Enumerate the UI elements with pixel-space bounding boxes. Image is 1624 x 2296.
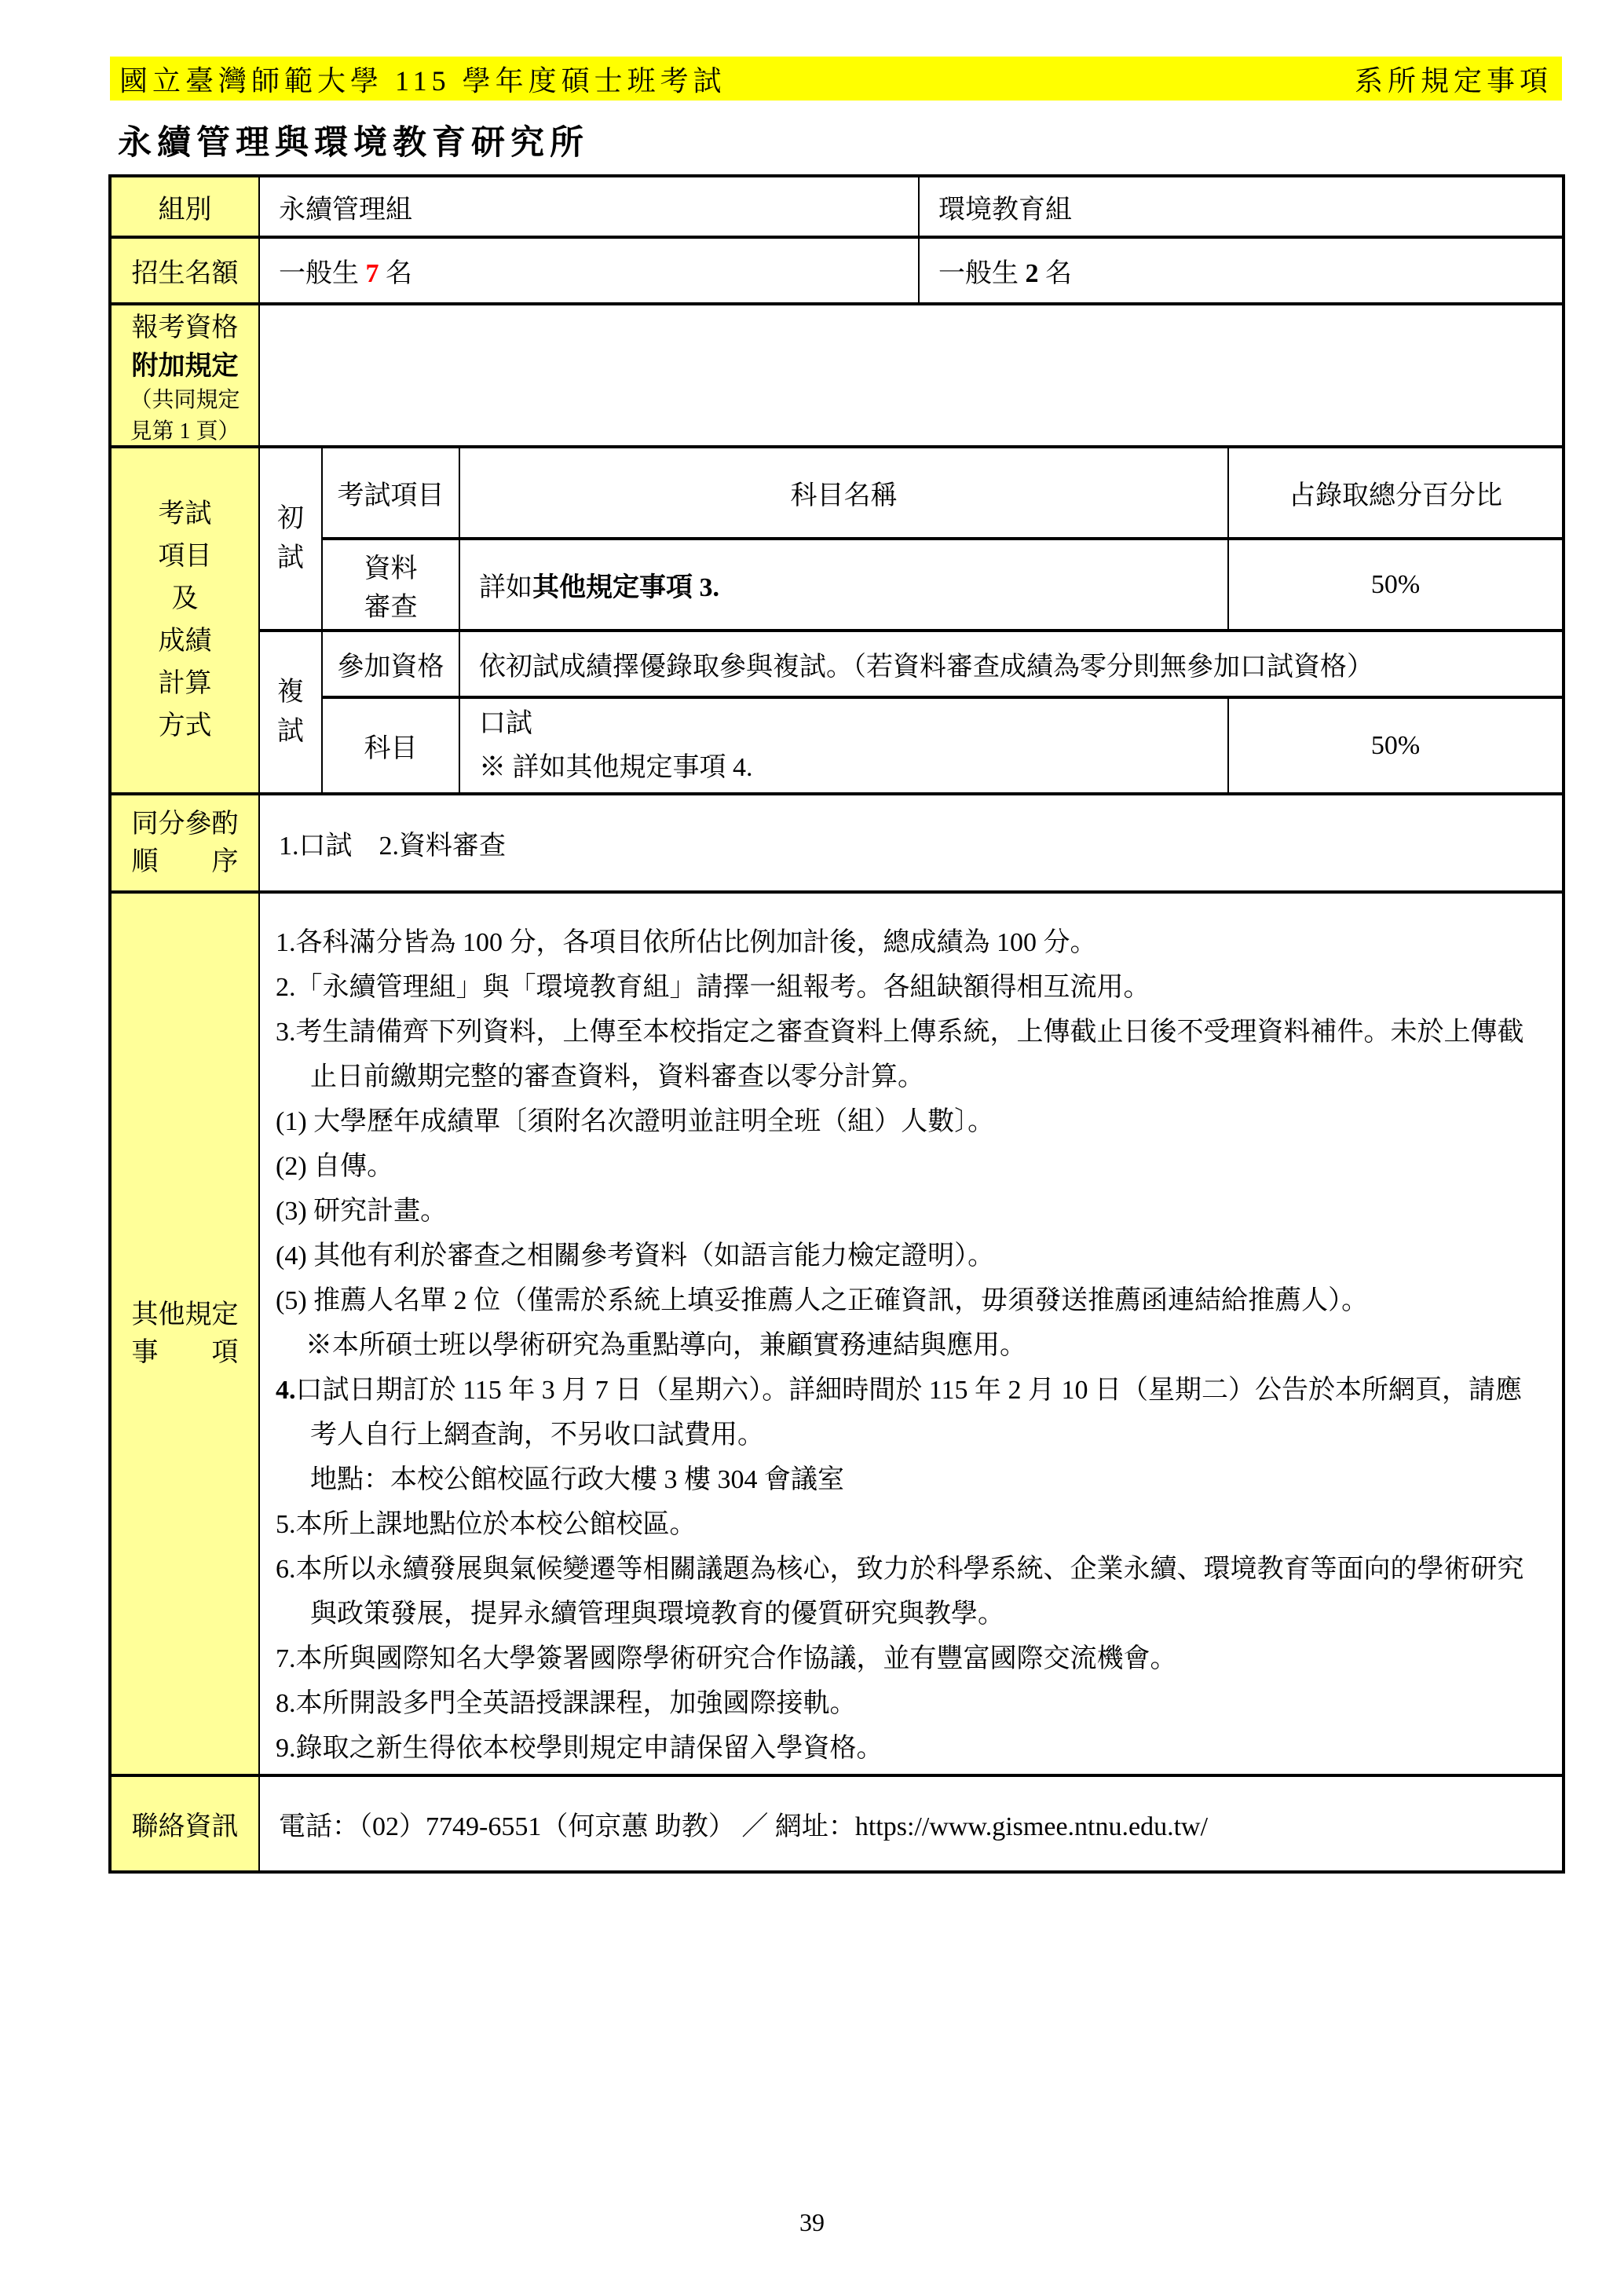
- other-rules-line: 8.本所開設多門全英語授課課程，加強國際接軌。: [276, 1681, 1546, 1726]
- table-row-eligibility: 報考資格 附加規定 （共同規定 見第 1 頁）: [110, 304, 1564, 447]
- review-bold-text: 其他規定事項 3.: [532, 573, 719, 602]
- regulations-table: 組別 永續管理組 環境教育組 招生名額 一般生 7 名 一般生 2 名 報考資格…: [108, 174, 1565, 1874]
- table-row-quota: 招生名額 一般生 7 名 一般生 2 名: [110, 237, 1564, 304]
- eligibility-label-line3: （共同規定: [112, 382, 258, 414]
- eligibility-label-line2: 附加規定: [112, 344, 258, 382]
- review-content-cell: 詳如其他規定事項 3.: [459, 539, 1228, 631]
- other-rules-label-cell: 其他規定 事 項: [110, 892, 259, 1775]
- quota1-cell: 一般生 7 名: [259, 237, 919, 304]
- eligibility-label-line1: 報考資格: [112, 305, 258, 344]
- eligibility-content-cell: [259, 304, 1564, 447]
- other-rules-line: 3.考生請備齊下列資料，上傳至本校指定之審查資料上傳系統，上傳截止日後不受理資料…: [276, 1010, 1546, 1055]
- other-rules-lines: 1.各科滿分皆為 100 分，各項目依所佔比例加計後，總成績為 100 分。2.…: [276, 920, 1546, 1771]
- exam-item-header-cell: 考試項目: [322, 447, 459, 539]
- table-row-tiebreak: 同分參酌 順 序 1.口試 2.資料審查: [110, 794, 1564, 892]
- qualify-content-cell: 依初試成績擇優錄取參與複試。（若資料審查成績為零分則無參加口試資格）: [459, 631, 1564, 697]
- other-rules-line: 4.口試日期訂於 115 年 3 月 7 日（星期六）。詳細時間於 115 年 …: [276, 1368, 1546, 1413]
- header-exam-title: 國立臺灣師範大學 115 學年度碩士班考試: [119, 59, 726, 99]
- quota2-prefix: 一般生: [938, 259, 1026, 288]
- other-rules-line: 6.本所以永續發展與氣候變遷等相關議題為核心，致力於科學系統、企業永續、環境教育…: [276, 1547, 1546, 1592]
- other-rules-line: (5) 推薦人名單 2 位（僅需於系統上填妥推薦人之正確資訊，毋須發送推薦函連結…: [276, 1278, 1546, 1323]
- contact-content-cell: 電話：（02）7749-6551（何京蕙 助教） ／ 網址：https://ww…: [259, 1775, 1564, 1872]
- header-section-label: 系所規定事項: [1355, 59, 1553, 99]
- table-row-exam-header: 考試 項目 及 成績 計算 方式 初 試 考試項目 科目名稱 占錄取總分百分比: [110, 447, 1564, 539]
- other-rules-line: 7.本所與國際知名大學簽署國際學術研究合作協議，並有豐富國際交流機會。: [276, 1636, 1546, 1681]
- other-rules-line: 1.各科滿分皆為 100 分，各項目依所佔比例加計後，總成績為 100 分。: [276, 920, 1546, 965]
- review-prefix: 詳如: [479, 573, 532, 602]
- subject-line2: ※ 詳如其他規定事項 4.: [479, 746, 1215, 790]
- institute-title: 永續管理與環境教育研究所: [118, 116, 589, 164]
- other-rules-line: 考人自行上網查詢，不另收口試費用。: [276, 1413, 1546, 1457]
- subject-content-cell: 口試 ※ 詳如其他規定事項 4.: [459, 697, 1228, 794]
- subject-percentage-cell: 50%: [1228, 697, 1564, 794]
- review-label-cell: 資料 審查: [322, 539, 459, 631]
- other-rules-line: 地點：本校公館校區行政大樓 3 樓 304 會議室: [276, 1457, 1546, 1502]
- quota2-suffix: 名: [1039, 259, 1073, 288]
- other-rules-line: 5.本所上課地點位於本校公館校區。: [276, 1502, 1546, 1547]
- page-number: 39: [0, 2208, 1624, 2237]
- other-rules-line: 與政策發展，提昇永續管理與環境教育的優質研究與教學。: [276, 1592, 1546, 1636]
- quota2-number: 2: [1026, 259, 1039, 288]
- tiebreak-content-cell: 1.口試 2.資料審查: [259, 794, 1564, 892]
- quota2-cell: 一般生 2 名: [919, 237, 1564, 304]
- other-rules-content-cell: 1.各科滿分皆為 100 分，各項目依所佔比例加計後，總成績為 100 分。2.…: [259, 892, 1564, 1775]
- subject-line1: 口試: [479, 702, 1215, 746]
- percentage-header-cell: 占錄取總分百分比: [1228, 447, 1564, 539]
- other-rules-line: (3) 研究計畫。: [276, 1189, 1546, 1234]
- exam-section-label-cell: 考試 項目 及 成績 計算 方式: [110, 447, 259, 794]
- other-rules-line: (1) 大學歷年成績單〔須附名次證明並註明全班（組）人數〕。: [276, 1099, 1546, 1144]
- page-header-band: 國立臺灣師範大學 115 學年度碩士班考試 系所規定事項: [110, 57, 1562, 101]
- other-rules-line: 止日前繳期完整的審查資料，資料審查以零分計算。: [276, 1055, 1546, 1099]
- table-row-subject: 科目 口試 ※ 詳如其他規定事項 4. 50%: [110, 697, 1564, 794]
- table-row-qualify: 複 試 參加資格 依初試成績擇優錄取參與複試。（若資料審查成績為零分則無參加口試…: [110, 631, 1564, 697]
- table-row-contact: 聯絡資訊 電話：（02）7749-6551（何京蕙 助教） ／ 網址：https…: [110, 1775, 1564, 1872]
- review-percentage-cell: 50%: [1228, 539, 1564, 631]
- other-rules-line: (4) 其他有利於審查之相關參考資料（如語言能力檢定證明）。: [276, 1234, 1546, 1278]
- eligibility-label-line4: 見第 1 頁）: [112, 414, 258, 445]
- group1-cell: 永續管理組: [259, 176, 919, 237]
- other-rules-line: (2) 自傳。: [276, 1144, 1546, 1189]
- qualify-label-cell: 參加資格: [322, 631, 459, 697]
- table-row-review: 資料 審查 詳如其他規定事項 3. 50%: [110, 539, 1564, 631]
- quota1-number: 7: [366, 259, 379, 288]
- subject-name-header-cell: 科目名稱: [459, 447, 1228, 539]
- table-row-group: 組別 永續管理組 環境教育組: [110, 176, 1564, 237]
- eligibility-label-cell: 報考資格 附加規定 （共同規定 見第 1 頁）: [110, 304, 259, 447]
- table-row-other-rules: 其他規定 事 項 1.各科滿分皆為 100 分，各項目依所佔比例加計後，總成績為…: [110, 892, 1564, 1775]
- contact-label-cell: 聯絡資訊: [110, 1775, 259, 1872]
- group2-cell: 環境教育組: [919, 176, 1564, 237]
- other-rules-line: 9.錄取之新生得依本校學則規定申請保留入學資格。: [276, 1726, 1546, 1771]
- other-rules-line: 2.「永續管理組」與「環境教育組」請擇一組報考。各組缺額得相互流用。: [276, 965, 1546, 1010]
- phase1-cell: 初 試: [259, 447, 322, 631]
- phase2-cell: 複 試: [259, 631, 322, 794]
- tiebreak-label-cell: 同分參酌 順 序: [110, 794, 259, 892]
- other-rules-line: ※本所碩士班以學術研究為重點導向，兼顧實務連結與應用。: [276, 1323, 1546, 1368]
- group-label-cell: 組別: [110, 176, 259, 237]
- quota-label-cell: 招生名額: [110, 237, 259, 304]
- quota1-suffix: 名: [379, 259, 413, 288]
- quota1-prefix: 一般生: [279, 259, 366, 288]
- subject-label-cell: 科目: [322, 697, 459, 794]
